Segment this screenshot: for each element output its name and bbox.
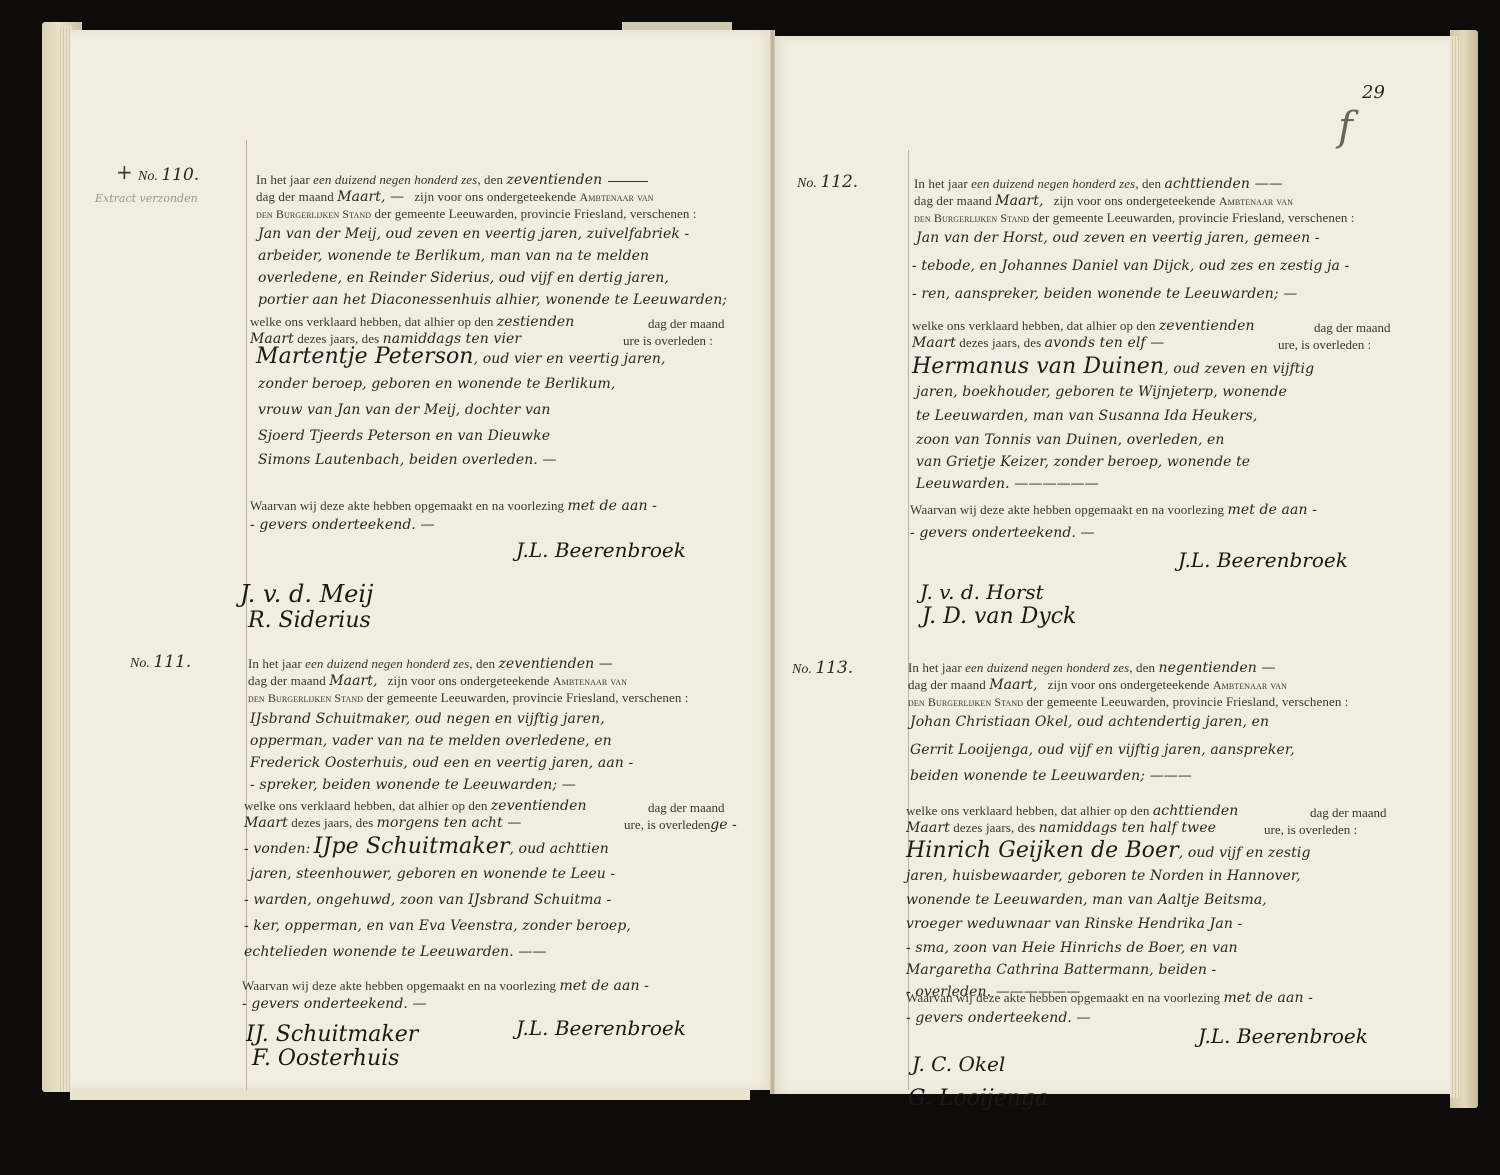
informant-signature: G. Looijenga — [908, 1086, 1048, 1111]
printed-line-2: dag der maand Maart, zijn voor ons onder… — [908, 677, 1287, 693]
deceased-line: vroeger weduwnaar van Rinske Hendrika Ja… — [906, 916, 1242, 932]
entry-number: No. 112. — [797, 172, 858, 192]
paraph-mark: f — [1338, 104, 1353, 150]
informant-line: beiden wonende te Leeuwarden; ——— — [910, 768, 1192, 784]
declared-line: welke ons verklaard hebben, dat alhier o… — [244, 798, 587, 814]
closing-line: Waarvan wij deze akte hebben opgemaakt e… — [906, 990, 1313, 1006]
official-signature: J.L. Beerenbroek — [1178, 548, 1348, 572]
printed-line-3: den Burgerlijken Stand der gemeente Leeu… — [908, 694, 1348, 710]
informant-line: portier aan het Diaconessenhuis alhier, … — [258, 292, 727, 308]
informant-line: arbeider, wonende te Berlikum, man van n… — [258, 248, 649, 264]
deceased-line: Leeuwarden. —————— — [916, 476, 1099, 492]
informant-line: Gerrit Looijenga, oud vijf en vijftig ja… — [910, 742, 1295, 758]
informant-line: - spreker, beiden wonende te Leeuwarden;… — [250, 777, 576, 793]
closing-line: Waarvan wij deze akte hebben opgemaakt e… — [910, 502, 1317, 518]
deceased-name: Martentje Peterson — [256, 344, 474, 369]
official-signature: J.L. Beerenbroek — [516, 538, 686, 562]
deceased-line-1: - vonden: IJpe Schuitmaker, oud achttien — [244, 834, 609, 859]
declared-line-right: dag der maand — [1310, 805, 1387, 821]
deceased-line: jaren, huisbewaarder, geboren te Norden … — [906, 868, 1301, 884]
page-bottom-edge — [70, 1088, 750, 1100]
deceased-line: te Leeuwarden, man van Susanna Ida Heuke… — [916, 408, 1257, 424]
declared-line-right: dag der maand — [648, 800, 725, 816]
printed-line-2: dag der maand Maart, zijn voor ons onder… — [914, 193, 1293, 209]
death-time-line: Maart dezes jaars, des morgens ten acht … — [244, 815, 521, 831]
page-number: 29 — [1362, 82, 1385, 103]
declared-line: welke ons verklaard hebben, dat alhier o… — [250, 314, 574, 330]
book-gutter — [770, 30, 775, 1094]
informant-line: Jan van der Horst, oud zeven en veertig … — [916, 230, 1320, 246]
deceased-line-1: Hermanus van Duinen, oud zeven en vijfti… — [912, 354, 1314, 379]
informant-signature: F. Oosterhuis — [252, 1046, 399, 1071]
deceased-name: Hermanus van Duinen — [912, 354, 1164, 379]
informant-signature: J. C. Okel — [912, 1052, 1005, 1076]
official-signature: J.L. Beerenbroek — [1198, 1024, 1368, 1048]
deceased-line-1: Hinrich Geijken de Boer, oud vijf en zes… — [906, 838, 1311, 863]
informant-line: overledene, en Reinder Siderius, oud vij… — [258, 270, 669, 286]
informant-line: opperman, vader van na te melden overled… — [250, 733, 612, 749]
closing-line-hand: - gevers onderteekend. — — [906, 1010, 1091, 1026]
closing-line-hand: - gevers onderteekend. — — [242, 996, 427, 1012]
closing-line-hand: - gevers onderteekend. — — [250, 517, 435, 533]
declared-line: welke ons verklaard hebben, dat alhier o… — [912, 318, 1255, 334]
printed-line-1: In het jaar een duizend negen honderd ze… — [256, 172, 648, 188]
death-time-line-right: ure, is overledenge - — [624, 817, 737, 833]
printed-line-3: den Burgerlijken Stand der gemeente Leeu… — [248, 690, 688, 706]
closing-line: Waarvan wij deze akte hebben opgemaakt e… — [250, 498, 657, 514]
closing-line: Waarvan wij deze akte hebben opgemaakt e… — [242, 978, 649, 994]
death-time-line: Maart dezes jaars, des avonds ten elf — — [912, 335, 1164, 351]
closing-line-hand: - gevers onderteekend. — — [910, 525, 1095, 541]
deceased-line: wonende te Leeuwarden, man van Aaltje Be… — [906, 892, 1267, 908]
informant-signature: J. v. d. Horst — [920, 580, 1044, 604]
informant-signature: J. v. d. Meij — [240, 580, 374, 608]
entry-number: No. 113. — [792, 658, 853, 678]
informant-line: - ren, aanspreker, beiden wonende te Lee… — [912, 286, 1297, 302]
informant-signature: J. D. van Dyck — [922, 604, 1076, 629]
informant-line: Frederick Oosterhuis, oud een en veertig… — [250, 755, 633, 771]
death-time-line: Maart dezes jaars, des namiddags ten hal… — [906, 820, 1216, 836]
official-signature: J.L. Beerenbroek — [516, 1016, 686, 1040]
margin-note: Extract verzonden — [95, 192, 198, 205]
deceased-line: - warden, ongehuwd, zoon van IJsbrand Sc… — [244, 892, 611, 908]
deceased-line: echtelieden wonende te Leeuwarden. —— — [244, 944, 547, 960]
deceased-line: zoon van Tonnis van Duinen, overleden, e… — [916, 432, 1225, 448]
informant-line: Jan van der Meij, oud zeven en veertig j… — [258, 226, 689, 242]
death-time-line-right: ure, is overleden : — [1264, 822, 1357, 838]
printed-line-2: dag der maand Maart, zijn voor ons onder… — [248, 673, 627, 689]
printed-line-1: In het jaar een duizend negen honderd ze… — [908, 660, 1276, 676]
deceased-line: jaren, boekhouder, geboren te Wijnjeterp… — [916, 384, 1287, 400]
plus-mark: + — [116, 160, 133, 184]
declared-line-right: dag der maand — [1314, 320, 1391, 336]
declared-line: welke ons verklaard hebben, dat alhier o… — [906, 803, 1238, 819]
informant-line: IJsbrand Schuitmaker, oud negen en vijft… — [250, 711, 605, 727]
death-time-line-right: ure, is overleden : — [1278, 337, 1371, 353]
deceased-line: - ker, opperman, en van Eva Veenstra, zo… — [244, 918, 631, 934]
deceased-line: vrouw van Jan van der Meij, dochter van — [258, 402, 551, 418]
informant-line: - tebode, en Johannes Daniel van Dijck, … — [912, 258, 1349, 274]
deceased-line: Margaretha Cathrina Battermann, beiden - — [906, 962, 1216, 978]
deceased-line: zonder beroep, geboren en wonende te Ber… — [258, 376, 615, 392]
page-stack-right — [1450, 36, 1460, 1098]
printed-line-1: In het jaar een duizend negen honderd ze… — [248, 656, 613, 672]
deceased-name: IJpe Schuitmaker — [314, 834, 510, 859]
open-register-book: 29 f + No. 110. Extract verzonden In het… — [0, 0, 1500, 1175]
entry-number: No. 110. — [138, 165, 199, 185]
deceased-name: Hinrich Geijken de Boer — [906, 838, 1179, 863]
entry-number: No. 111. — [130, 652, 191, 672]
informant-signature: IJ. Schuitmaker — [246, 1022, 418, 1047]
deceased-line: jaren, steenhouwer, geboren en wonende t… — [250, 866, 615, 882]
deceased-line: van Grietje Keizer, zonder beroep, wonen… — [916, 454, 1250, 470]
deceased-line-1: Martentje Peterson, oud vier en veertig … — [256, 344, 666, 369]
deceased-line: - sma, zoon van Heie Hinrichs de Boer, e… — [906, 940, 1238, 956]
declared-line-right: dag der maand — [648, 316, 725, 332]
printed-line-3: den Burgerlijken Stand der gemeente Leeu… — [256, 206, 696, 222]
printed-line-1: In het jaar een duizend negen honderd ze… — [914, 176, 1283, 192]
deceased-line: Sjoerd Tjeerds Peterson en van Dieuwke — [258, 428, 550, 444]
deceased-line: Simons Lautenbach, beiden overleden. — — [258, 452, 557, 468]
informant-line: Johan Christiaan Okel, oud achtendertig … — [910, 714, 1269, 730]
printed-line-2: dag der maand Maart, — zijn voor ons ond… — [256, 189, 654, 205]
printed-line-3: den Burgerlijken Stand der gemeente Leeu… — [914, 210, 1354, 226]
informant-signature: R. Siderius — [248, 608, 371, 633]
